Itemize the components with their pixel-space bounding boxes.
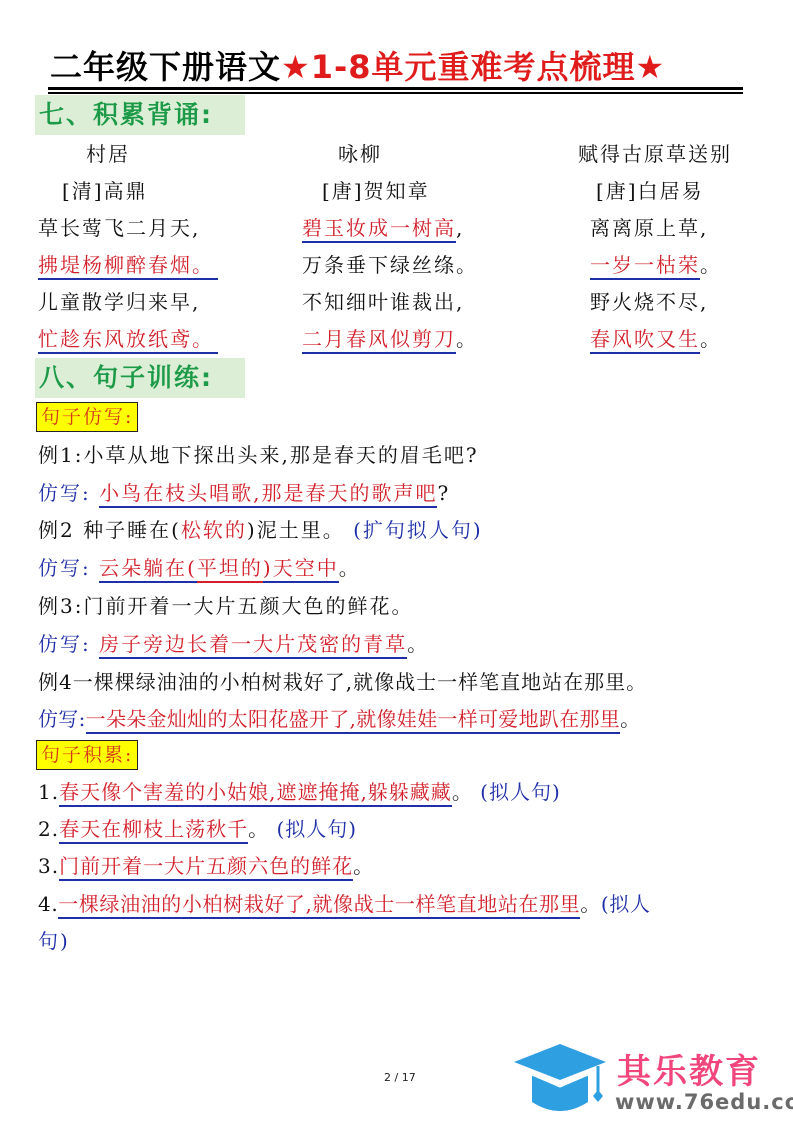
title-highlight: ★1-8单元重难考点梳理★: [281, 48, 665, 86]
page-title: 二年级下册语文★1-8单元重难考点梳理★: [50, 44, 665, 90]
poem-author: [唐]贺知章: [322, 177, 430, 205]
accumulation-item: 2.春天在柳枝上荡秋千。 (拟人句): [38, 815, 357, 843]
section-heading-sentence-training: 八、句子训练:: [35, 358, 245, 398]
poem-line-highlighted: 春风吹又生。: [590, 325, 722, 353]
poem-line-highlighted: 忙趁东风放纸鸢。: [38, 325, 218, 353]
poem-line-highlighted: 拂堤杨柳醉春烟。: [38, 251, 218, 279]
brand-url: www.76edu.com: [615, 1090, 793, 1114]
poem-line: 草长莺飞二月天,: [38, 214, 200, 242]
poem-line: 野火烧不尽,: [590, 288, 708, 316]
poem-title: 咏柳: [338, 140, 382, 168]
poem-title: 赋得古原草送别: [578, 140, 732, 168]
title-rule-thick: [48, 87, 743, 90]
accumulation-item: 3.门前开着一大片五颜六色的鲜花。: [38, 852, 374, 880]
example-sentence: 例1:小草从地下探出头来,那是春天的眉毛吧?: [38, 441, 479, 469]
poem-line-highlighted: 碧玉妆成一树高,: [302, 214, 464, 242]
section-heading-recitation: 七、积累背诵:: [35, 95, 245, 135]
example-sentence: 例2 种子睡在(松软的)泥土里。 (扩句拟人句): [38, 516, 483, 544]
example-sentence: 例4一棵棵绿油油的小柏树栽好了,就像战士一样笔直地站在那里。: [38, 668, 647, 696]
accumulation-item: 4.一棵绿油油的小柏树栽好了,就像战士一样笔直地站在那里。(拟人: [38, 890, 650, 918]
poem-author: [清]高鼎: [62, 177, 148, 205]
poem-line: 不知细叶谁裁出,: [302, 288, 464, 316]
poem-line-highlighted: 一岁一枯荣。: [590, 251, 722, 279]
label-sentence-imitation: 句子仿写:: [36, 402, 138, 432]
poem-line-highlighted: 二月春风似剪刀。: [302, 325, 478, 353]
poem-line: 离离原上草,: [590, 214, 708, 242]
label-sentence-accumulation: 句子积累:: [36, 740, 138, 770]
poem-author: [唐]白居易: [596, 177, 704, 205]
imitation-answer: 仿写:一朵朵金灿灿的太阳花盛开了,就像娃娃一样可爱地趴在那里。: [38, 705, 640, 733]
imitation-answer: 仿写: 云朵躺在(平坦的)天空中。: [38, 554, 361, 582]
page-number: 2 / 17: [384, 1071, 416, 1084]
imitation-answer: 仿写: 小鸟在枝头唱歌,那是春天的歌声吧?: [38, 479, 450, 507]
graduation-cap-icon: [510, 1040, 610, 1122]
poem-line: 万条垂下绿丝绦。: [302, 251, 478, 279]
poem-title: 村居: [86, 140, 130, 168]
example-sentence: 例3:门前开着一大片五颜大色的鲜花。: [38, 592, 413, 620]
imitation-answer: 仿写: 房子旁边长着一大片茂密的青草。: [38, 630, 429, 658]
title-rule-thin: [48, 92, 743, 94]
accumulation-item-wrap: 句): [38, 927, 70, 955]
title-main: 二年级下册语文: [50, 48, 281, 86]
poem-line: 儿童散学归来早,: [38, 288, 200, 316]
accumulation-item: 1.春天像个害羞的小姑娘,遮遮掩掩,躲躲藏藏。 (拟人句): [38, 778, 561, 806]
brand-name: 其乐教育: [617, 1044, 761, 1093]
